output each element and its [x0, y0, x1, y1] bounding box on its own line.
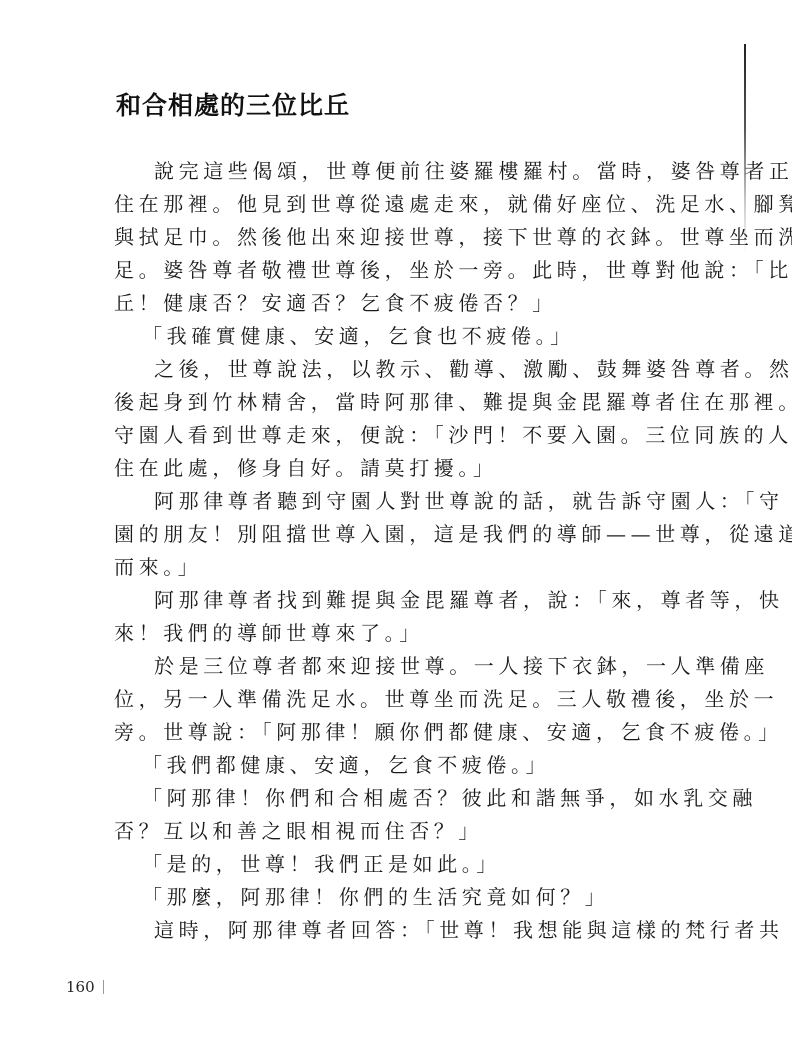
body-text: 說完這些偈頌，世尊便前往婆羅樓羅村。當時，婆咎尊者正住在那裡。他見到世尊從遠處走…: [114, 155, 710, 947]
book-page: 和合相處的三位比丘 說完這些偈頌，世尊便前往婆羅樓羅村。當時，婆咎尊者正住在那裡…: [0, 0, 792, 1056]
page-edge-line: [744, 44, 746, 254]
text-line: 足。婆咎尊者敬禮世尊後，坐於一旁。此時，世尊對他說：「比: [114, 254, 710, 287]
text-line: 阿那律尊者聽到守園人對世尊說的話，就告訴守園人：「守: [114, 485, 710, 518]
page-number: 160: [66, 978, 95, 996]
text-line: 園的朋友！別阻擋世尊入園，這是我們的導師——世尊，從遠道: [114, 518, 710, 551]
text-line: 阿那律尊者找到難提與金毘羅尊者，說：「來，尊者等，快: [114, 584, 710, 617]
text-line: 旁。世尊說：「阿那律！願你們都健康、安適，乞食不疲倦。」: [114, 716, 710, 749]
page-footer: 160: [66, 978, 104, 996]
text-line: 丘！健康否？安適否？乞食不疲倦否？」: [114, 287, 710, 320]
text-line: 住在此處，修身自好。請莫打擾。」: [114, 452, 710, 485]
text-line: 位，另一人準備洗足水。世尊坐而洗足。三人敬禮後，坐於一: [114, 683, 710, 716]
text-line: 來！我們的導師世尊來了。」: [114, 617, 710, 650]
text-line: 後起身到竹林精舍，當時阿那律、難提與金毘羅尊者住在那裡。: [114, 386, 710, 419]
footer-divider: [103, 980, 104, 994]
text-line: 之後，世尊說法，以教示、勸導、激勵、鼓舞婆咎尊者。然: [114, 353, 710, 386]
text-line: 「是的，世尊！我們正是如此。」: [114, 848, 710, 881]
text-line: 而來。」: [114, 551, 710, 584]
text-line: 這時，阿那律尊者回答：「世尊！我想能與這樣的梵行者共: [114, 914, 710, 947]
text-line: 「阿那律！你們和合相處否？彼此和諧無爭，如水乳交融: [114, 782, 710, 815]
text-line: 「我們都健康、安適，乞食不疲倦。」: [114, 749, 710, 782]
text-line: 於是三位尊者都來迎接世尊。一人接下衣鉢，一人準備座: [114, 650, 710, 683]
text-line: 守園人看到世尊走來，便說：「沙門！不要入園。三位同族的人: [114, 419, 710, 452]
text-line: 否？互以和善之眼相視而住否？」: [114, 815, 710, 848]
text-line: 「那麼，阿那律！你們的生活究竟如何？」: [114, 881, 710, 914]
section-title: 和合相處的三位比丘: [116, 86, 350, 122]
text-line: 住在那裡。他見到世尊從遠處走來，就備好座位、洗足水、腳凳: [114, 188, 710, 221]
text-line: 說完這些偈頌，世尊便前往婆羅樓羅村。當時，婆咎尊者正: [114, 155, 710, 188]
text-line: 與拭足巾。然後他出來迎接世尊，接下世尊的衣鉢。世尊坐而洗: [114, 221, 710, 254]
text-line: 「我確實健康、安適，乞食也不疲倦。」: [114, 320, 710, 353]
